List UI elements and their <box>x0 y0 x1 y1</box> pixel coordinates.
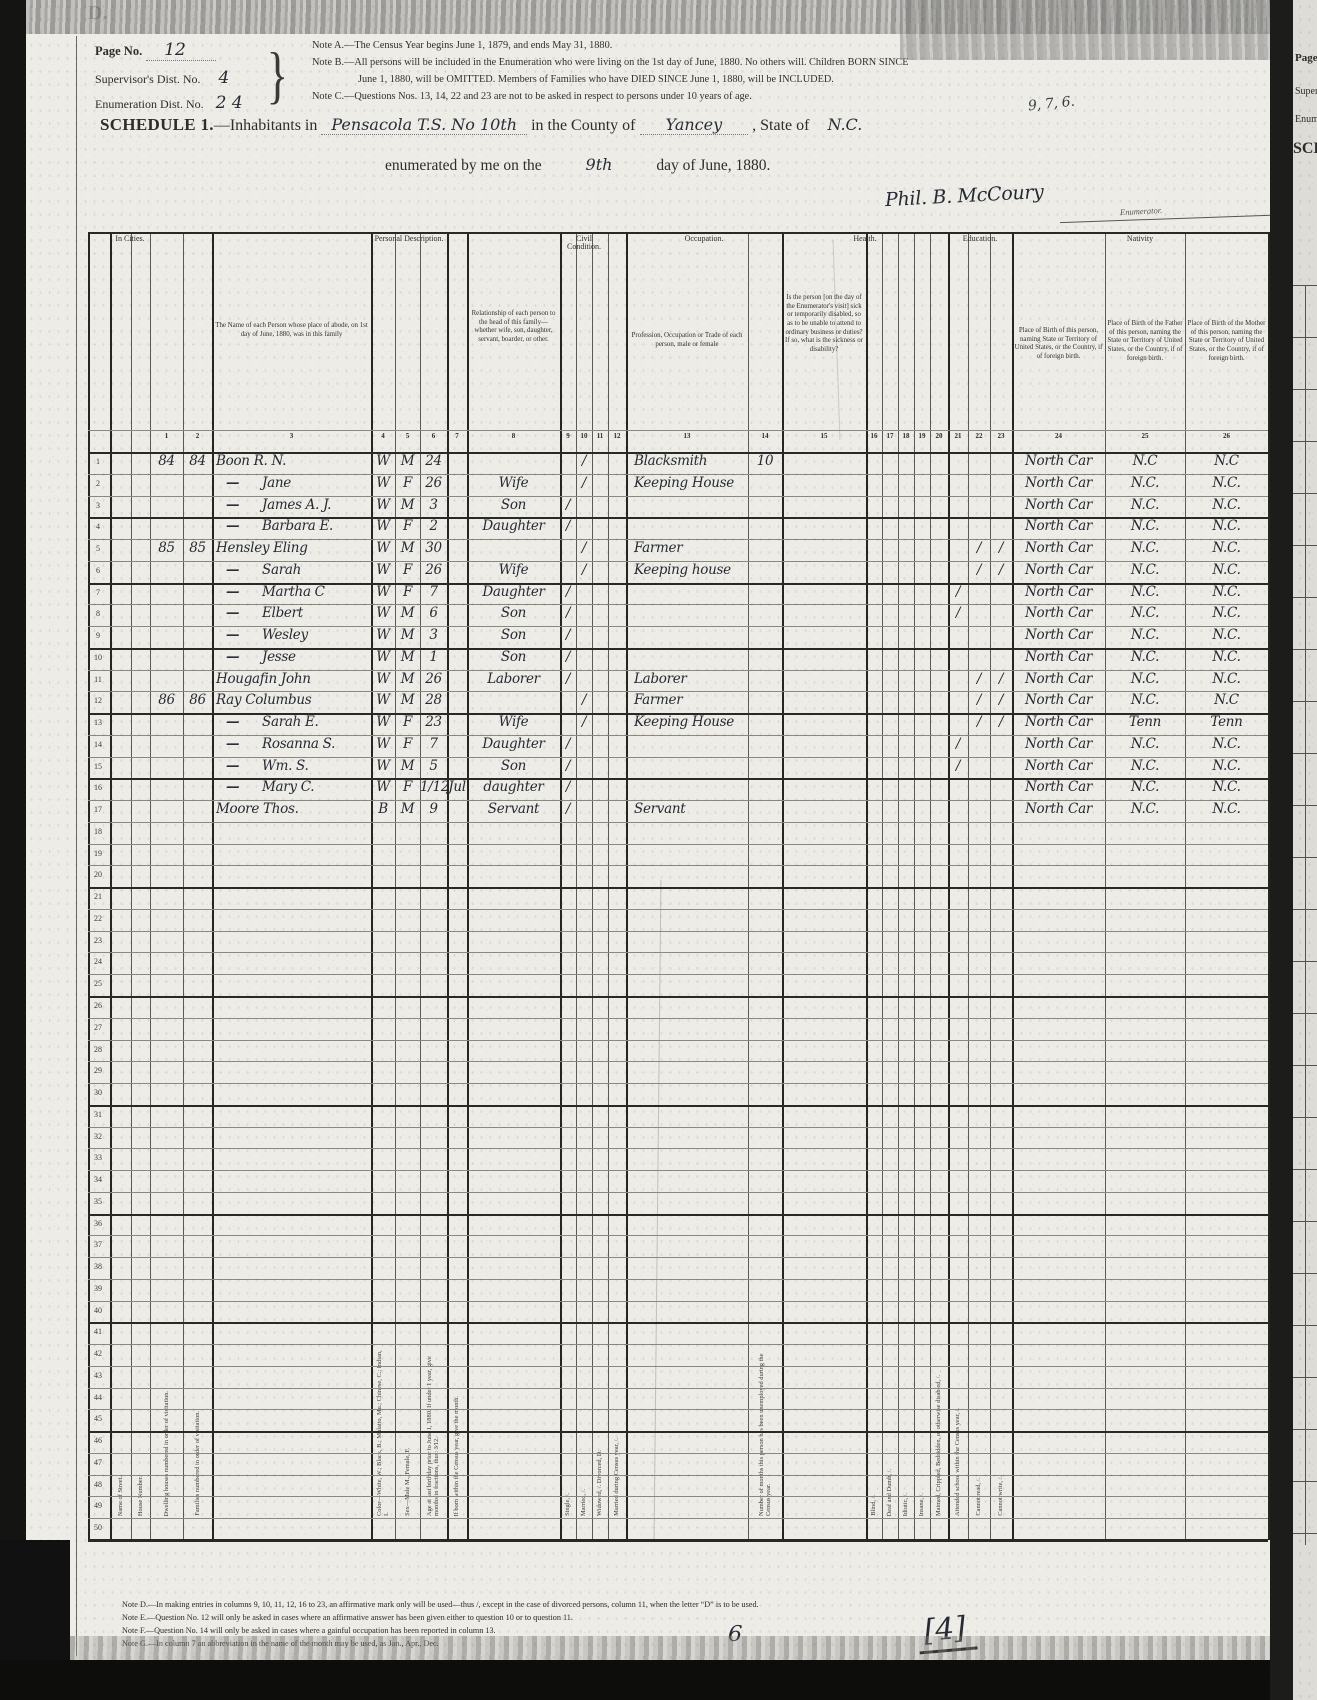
entry-mb: N.C. <box>1185 627 1268 643</box>
entry-fb: N.C. <box>1105 497 1185 513</box>
entry-color: W <box>371 627 395 643</box>
entry-e21: / <box>948 605 968 621</box>
entry-fb: N.C. <box>1105 801 1185 817</box>
side-page-label: Page <box>1295 52 1317 64</box>
entry-dw: 86 <box>150 692 183 708</box>
entry-fb: N.C. <box>1105 518 1185 534</box>
column-label: Sex—Male M., Female, F. <box>404 1448 411 1516</box>
entry-rel: Laborer <box>467 671 560 687</box>
entry-occ: Keeping house <box>626 562 756 578</box>
entry-occ: Blacksmith <box>626 453 756 469</box>
row-number: 36 <box>89 1219 107 1228</box>
column-number: 14 <box>748 432 782 452</box>
column-number: 25 <box>1105 432 1185 452</box>
entry-mb: N.C <box>1185 692 1268 708</box>
entry-name: Moore Thos. <box>212 801 371 817</box>
row-line <box>88 1475 1268 1476</box>
row-number: 20 <box>89 870 107 879</box>
entry-s9: / <box>560 649 576 665</box>
column-number: 20 <box>930 432 948 452</box>
supervisor-value: 4 <box>205 68 230 88</box>
column-number: 22 <box>968 432 990 452</box>
entry-rel: Wife <box>467 562 560 578</box>
entry-name: Jane— <box>212 475 371 491</box>
page-margin-line <box>76 36 77 1656</box>
row-number: 9 <box>89 631 107 640</box>
schedule-title-line: SCHEDULE 1.—Inhabitants in Pensacola T.S… <box>100 115 876 135</box>
entry-sex: F <box>395 584 420 600</box>
state-label: , State of <box>752 117 809 134</box>
column-number: 4 <box>371 432 395 452</box>
entry-s9: / <box>560 758 576 774</box>
row-number: 50 <box>89 1523 107 1532</box>
entry-name: Hensley Eling <box>212 540 371 556</box>
entry-e22: / <box>968 562 990 578</box>
entry-e23: / <box>990 671 1012 687</box>
row-number: 28 <box>89 1045 107 1054</box>
inhabitants-label: —Inhabitants in <box>214 117 318 134</box>
entry-fb: Tenn <box>1105 714 1185 730</box>
entry-age: 9 <box>420 801 447 817</box>
row-number: 10 <box>89 653 107 662</box>
entry-occ: Farmer <box>626 540 756 556</box>
entry-color: W <box>371 758 395 774</box>
entry-s9: / <box>560 671 576 687</box>
row-number: 37 <box>89 1240 107 1249</box>
column-number: 18 <box>898 432 914 452</box>
row-number: 7 <box>89 588 107 597</box>
entry-name: Boon R. N. <box>212 453 371 469</box>
entry-mb: N.C. <box>1185 497 1268 513</box>
entry-occ: Keeping House <box>626 714 756 730</box>
row-number: 35 <box>89 1197 107 1206</box>
entry-fb: N.C. <box>1105 562 1185 578</box>
row-number: 30 <box>89 1088 107 1097</box>
column-label: Families numbered in order of visitation… <box>194 1411 201 1516</box>
row-number: 13 <box>89 718 107 727</box>
column-header-pb: Place of Birth of this person, naming St… <box>1014 327 1103 362</box>
entry-age: 30 <box>420 540 447 556</box>
entry-sex: M <box>395 671 420 687</box>
column-number: 19 <box>914 432 930 452</box>
row-number: 19 <box>89 849 107 858</box>
entry-name: Sarah— <box>212 562 371 578</box>
enumeration-row: Enumeration Dist. No. 2 4 <box>95 93 243 113</box>
row-number: 4 <box>89 522 107 531</box>
entry-color: W <box>371 497 395 513</box>
entry-sex: F <box>395 518 420 534</box>
page-no-row: Page No. 12 <box>95 40 216 60</box>
column-label: Widowed, /. Divorced, D. <box>596 1450 603 1516</box>
ditto-dash: — <box>226 475 239 491</box>
ditto-dash: — <box>226 518 239 534</box>
entry-sex: F <box>395 779 420 795</box>
column-header-rel: Relationship of each person to the head … <box>469 310 558 345</box>
state-handwritten: N.C. <box>813 115 876 134</box>
row-number: 14 <box>89 740 107 749</box>
county-label: in the County of <box>531 117 635 134</box>
entry-age: 3 <box>420 497 447 513</box>
entry-pb: North Car <box>1012 649 1105 665</box>
column-header-sick: Is the person [on the day of the Enumera… <box>784 294 864 354</box>
entry-mb: Tenn <box>1185 714 1268 730</box>
column-number: 24 <box>1012 432 1105 452</box>
column-number: 26 <box>1185 432 1268 452</box>
column-number: 15 <box>782 432 866 452</box>
entry-color: W <box>371 518 395 534</box>
row-number: 42 <box>89 1349 107 1358</box>
column-label: Blind, /. <box>870 1495 877 1516</box>
entry-e23: / <box>990 714 1012 730</box>
note-b-line2: June 1, 1880, will be OMITTED. Members o… <box>358 74 834 85</box>
entry-pb: North Car <box>1012 453 1105 469</box>
entry-m10: / <box>576 453 592 469</box>
row-line <box>88 1257 1268 1258</box>
entry-month: Jul <box>447 779 467 795</box>
entry-m10: / <box>576 562 592 578</box>
place-handwritten: Pensacola T.S. No 10th <box>321 115 527 135</box>
row-number: 21 <box>89 892 107 901</box>
entry-sex: M <box>395 627 420 643</box>
entry-s9: / <box>560 584 576 600</box>
entry-s9: / <box>560 518 576 534</box>
entry-age: 23 <box>420 714 447 730</box>
column-number: 8 <box>467 432 560 452</box>
entry-occ: Servant <box>626 801 756 817</box>
column-number: 1 <box>150 432 183 452</box>
entry-name: Hougafin John <box>212 671 371 687</box>
entry-name: Martha C— <box>212 584 371 600</box>
entry-mb: N.C. <box>1185 801 1268 817</box>
entry-fam: 86 <box>183 692 212 708</box>
column-header-name: The Name of each Person whose place of a… <box>214 322 369 339</box>
entry-e23: / <box>990 540 1012 556</box>
header-number-row-line <box>88 430 1268 431</box>
column-group-label: Civil Condition. <box>560 235 608 252</box>
column-number: 3 <box>212 432 371 452</box>
entry-occ: Keeping House <box>626 475 756 491</box>
side-superv-label: Superv <box>1295 86 1317 97</box>
row-number: 26 <box>89 1001 107 1010</box>
entry-mb: N.C. <box>1185 649 1268 665</box>
entry-mb: N.C. <box>1185 518 1268 534</box>
entry-age: 5 <box>420 758 447 774</box>
supervisor-label: Supervisor's Dist. No. <box>95 72 201 86</box>
entry-e22: / <box>968 540 990 556</box>
row-line <box>88 1518 1268 1519</box>
entry-e23: / <box>990 692 1012 708</box>
row-number: 15 <box>89 762 107 771</box>
row-number: 49 <box>89 1501 107 1510</box>
enumerator-label: Enumerator. <box>1120 205 1163 217</box>
row-number: 3 <box>89 501 107 510</box>
row-number: 17 <box>89 805 107 814</box>
column-group-label: Health. <box>782 235 948 243</box>
ditto-dash: — <box>226 714 239 730</box>
note-a: Note A.—The Census Year begins June 1, 1… <box>312 40 612 51</box>
column-number: 7 <box>447 432 467 452</box>
column-group-label: Occupation. <box>626 235 782 243</box>
entry-name: Wm. S.— <box>212 758 371 774</box>
row-number: 45 <box>89 1414 107 1423</box>
row-line <box>88 1540 1268 1542</box>
row-line <box>88 1235 1268 1236</box>
entry-color: W <box>371 692 395 708</box>
scan-bottom-speckle <box>0 1636 1317 1662</box>
row-line <box>88 1301 1268 1302</box>
row-number: 29 <box>89 1066 107 1075</box>
entry-pb: North Car <box>1012 518 1105 534</box>
entry-mb: N.C. <box>1185 736 1268 752</box>
entry-pb: North Car <box>1012 605 1105 621</box>
entry-s9: / <box>560 627 576 643</box>
side-enume-label: Enume <box>1295 114 1317 125</box>
row-number: 40 <box>89 1306 107 1315</box>
entry-sex: M <box>395 649 420 665</box>
row-line <box>88 952 1268 953</box>
row-number: 43 <box>89 1371 107 1380</box>
entry-rel: Son <box>467 627 560 643</box>
row-number: 46 <box>89 1436 107 1445</box>
entry-rel: Son <box>467 649 560 665</box>
entry-age: 6 <box>420 605 447 621</box>
row-line <box>88 1366 1268 1367</box>
row-line <box>88 1496 1268 1497</box>
row-number: 31 <box>89 1110 107 1119</box>
enumeration-value: 2 4 <box>208 93 243 113</box>
enumerator-signature: Phil. B. McCoury <box>885 181 1045 211</box>
entry-e21: / <box>948 584 968 600</box>
row-number: 2 <box>89 479 107 488</box>
row-number: 16 <box>89 783 107 792</box>
row-line <box>88 1170 1268 1171</box>
adjacent-page-gridline <box>1305 285 1306 1545</box>
scan-left-edge <box>0 0 26 1700</box>
entry-e22: / <box>968 714 990 730</box>
column-label: If born within the Census year, give the… <box>453 1396 460 1516</box>
footnote-d: Note D.—In making entries in columns 9, … <box>122 1600 759 1609</box>
entry-mb: N.C. <box>1185 475 1268 491</box>
row-number: 22 <box>89 914 107 923</box>
row-number: 48 <box>89 1480 107 1489</box>
enumeration-label: Enumeration Dist. No. <box>95 97 204 111</box>
row-line <box>88 844 1268 845</box>
page-gutter-shadow <box>1270 0 1293 1700</box>
column-number: 12 <box>608 432 626 452</box>
entry-pb: North Car <box>1012 562 1105 578</box>
ditto-dash: — <box>226 497 239 513</box>
entry-fb: N.C. <box>1105 605 1185 621</box>
entry-mb: N.C. <box>1185 671 1268 687</box>
entry-fb: N.C. <box>1105 736 1185 752</box>
entry-s9: / <box>560 779 576 795</box>
row-line <box>88 1431 1268 1433</box>
row-line <box>88 1105 1268 1107</box>
row-line <box>88 1344 1268 1345</box>
entry-mb: N.C. <box>1185 540 1268 556</box>
entry-occ: Laborer <box>626 671 756 687</box>
entry-pb: North Car <box>1012 671 1105 687</box>
entry-age: 1/12 <box>420 779 447 795</box>
row-number: 18 <box>89 827 107 836</box>
entry-rel: Wife <box>467 475 560 491</box>
entry-e21: / <box>948 758 968 774</box>
entry-m10: / <box>576 692 592 708</box>
scan-bottom-edge <box>0 1660 1317 1700</box>
entry-sex: M <box>395 758 420 774</box>
enumerated-label-2: day of June, 1880. <box>656 157 770 174</box>
row-number: 34 <box>89 1175 107 1184</box>
entry-rel: Daughter <box>467 736 560 752</box>
entry-mb: N.C. <box>1185 605 1268 621</box>
entry-mb: N.C. <box>1185 562 1268 578</box>
column-label: Maimed, Crippled, Bedridden, or otherwis… <box>935 1375 942 1516</box>
row-number: 11 <box>89 675 107 684</box>
entry-fam: 84 <box>183 453 212 469</box>
entry-fb: N.C. <box>1105 649 1185 665</box>
column-group-label: Nativity <box>1012 235 1268 243</box>
row-line <box>88 1214 1268 1216</box>
column-label: Married during Census year, /. <box>613 1438 620 1516</box>
entry-age: 26 <box>420 671 447 687</box>
entry-pb: North Car <box>1012 736 1105 752</box>
entry-sex: M <box>395 801 420 817</box>
ditto-dash: — <box>226 736 239 752</box>
entry-pb: North Car <box>1012 475 1105 491</box>
entry-rel: Daughter <box>467 584 560 600</box>
column-group-label: Education. <box>948 235 1012 243</box>
row-line <box>88 1127 1268 1128</box>
supervisor-row: Supervisor's Dist. No. 4 <box>95 68 229 88</box>
entry-mb: N.C. <box>1185 584 1268 600</box>
ditto-dash: — <box>226 584 239 600</box>
entry-mo14: 10 <box>748 453 782 469</box>
entry-color: W <box>371 736 395 752</box>
entry-age: 1 <box>420 649 447 665</box>
entry-sex: M <box>395 605 420 621</box>
entry-color: W <box>371 649 395 665</box>
entry-fb: N.C. <box>1105 779 1185 795</box>
row-number: 8 <box>89 609 107 618</box>
row-number: 39 <box>89 1284 107 1293</box>
column-number: 6 <box>420 432 447 452</box>
signature-line <box>1060 214 1295 223</box>
row-line <box>88 1018 1268 1019</box>
entry-name: Wesley— <box>212 627 371 643</box>
entry-fb: N.C. <box>1105 584 1185 600</box>
enumerated-label-1: enumerated by me on the <box>385 157 542 174</box>
entry-fb: N.C. <box>1105 475 1185 491</box>
ditto-dash: — <box>226 758 239 774</box>
row-number: 24 <box>89 957 107 966</box>
entry-sex: M <box>395 692 420 708</box>
row-number: 47 <box>89 1458 107 1467</box>
entry-m10: / <box>576 714 592 730</box>
row-line <box>88 909 1268 910</box>
row-line <box>88 1040 1268 1041</box>
column-number: 2 <box>183 432 212 452</box>
entry-age: 26 <box>420 475 447 491</box>
column-number: 17 <box>882 432 898 452</box>
entry-dw: 85 <box>150 540 183 556</box>
ditto-dash: — <box>226 649 239 665</box>
entry-sex: F <box>395 562 420 578</box>
entry-name: Jesse— <box>212 649 371 665</box>
row-line <box>88 1409 1268 1410</box>
entry-age: 7 <box>420 736 447 752</box>
column-header-mb: Place of Birth of the Mother of this per… <box>1187 320 1266 363</box>
row-number: 1 <box>89 457 107 466</box>
census-table: In Cities.Personal Description.Civil Con… <box>88 232 1268 1540</box>
note-c: Note C.—Questions Nos. 13, 14, 22 and 23… <box>312 91 752 102</box>
entry-pb: North Car <box>1012 540 1105 556</box>
entry-age: 7 <box>420 584 447 600</box>
entry-sex: F <box>395 714 420 730</box>
entry-name: James A. J.— <box>212 497 371 513</box>
entry-fb: N.C. <box>1105 758 1185 774</box>
row-line <box>88 1061 1268 1062</box>
entry-name: Ray Columbus <box>212 692 371 708</box>
row-line <box>88 1453 1268 1454</box>
entry-fb: N.C. <box>1105 692 1185 708</box>
column-label: Attended school within the Census year, … <box>954 1408 961 1516</box>
entry-pb: North Car <box>1012 627 1105 643</box>
row-number: 38 <box>89 1262 107 1271</box>
entry-color: W <box>371 475 395 491</box>
entry-pb: North Car <box>1012 714 1105 730</box>
entry-color: W <box>371 605 395 621</box>
entry-color: B <box>371 801 395 817</box>
county-handwritten: Yancey <box>640 115 749 135</box>
entry-age: 3 <box>420 627 447 643</box>
entry-name: Sarah E.— <box>212 714 371 730</box>
entry-fb: N.C. <box>1105 540 1185 556</box>
entry-m10: / <box>576 475 592 491</box>
entry-fb: N.C. <box>1105 627 1185 643</box>
scan-top-edge-right <box>900 0 1317 60</box>
header-brace: } <box>267 38 289 112</box>
entry-e22: / <box>968 692 990 708</box>
entry-name: Barbara E.— <box>212 518 371 534</box>
entry-color: W <box>371 562 395 578</box>
row-line <box>88 1322 1268 1324</box>
entry-sex: F <box>395 736 420 752</box>
column-group-label: Personal Description. <box>371 235 447 243</box>
ditto-dash: — <box>226 627 239 643</box>
entry-pb: North Car <box>1012 758 1105 774</box>
column-number: 10 <box>576 432 592 452</box>
entry-rel: daughter <box>467 779 560 795</box>
row-number: 32 <box>89 1132 107 1141</box>
column-number: 11 <box>592 432 608 452</box>
entry-mb: N.C. <box>1185 779 1268 795</box>
footnote-f: Note F.—Question No. 14 will only be ask… <box>122 1626 496 1635</box>
row-line <box>88 1083 1268 1084</box>
entry-m10: / <box>576 540 592 556</box>
row-number: 27 <box>89 1023 107 1032</box>
entry-sex: F <box>395 475 420 491</box>
entry-rel: Son <box>467 497 560 513</box>
entry-color: W <box>371 779 395 795</box>
entry-age: 24 <box>420 453 447 469</box>
entry-s9: / <box>560 605 576 621</box>
entry-color: W <box>371 714 395 730</box>
row-number: 33 <box>89 1153 107 1162</box>
entry-s9: / <box>560 801 576 817</box>
table-top-border <box>88 232 1268 234</box>
census-scan-sheet: D. Page No. 12 Supervisor's Dist. No. 4 … <box>0 0 1317 1700</box>
column-header-occ: Profession, Occupation or Trade of each … <box>628 332 746 349</box>
